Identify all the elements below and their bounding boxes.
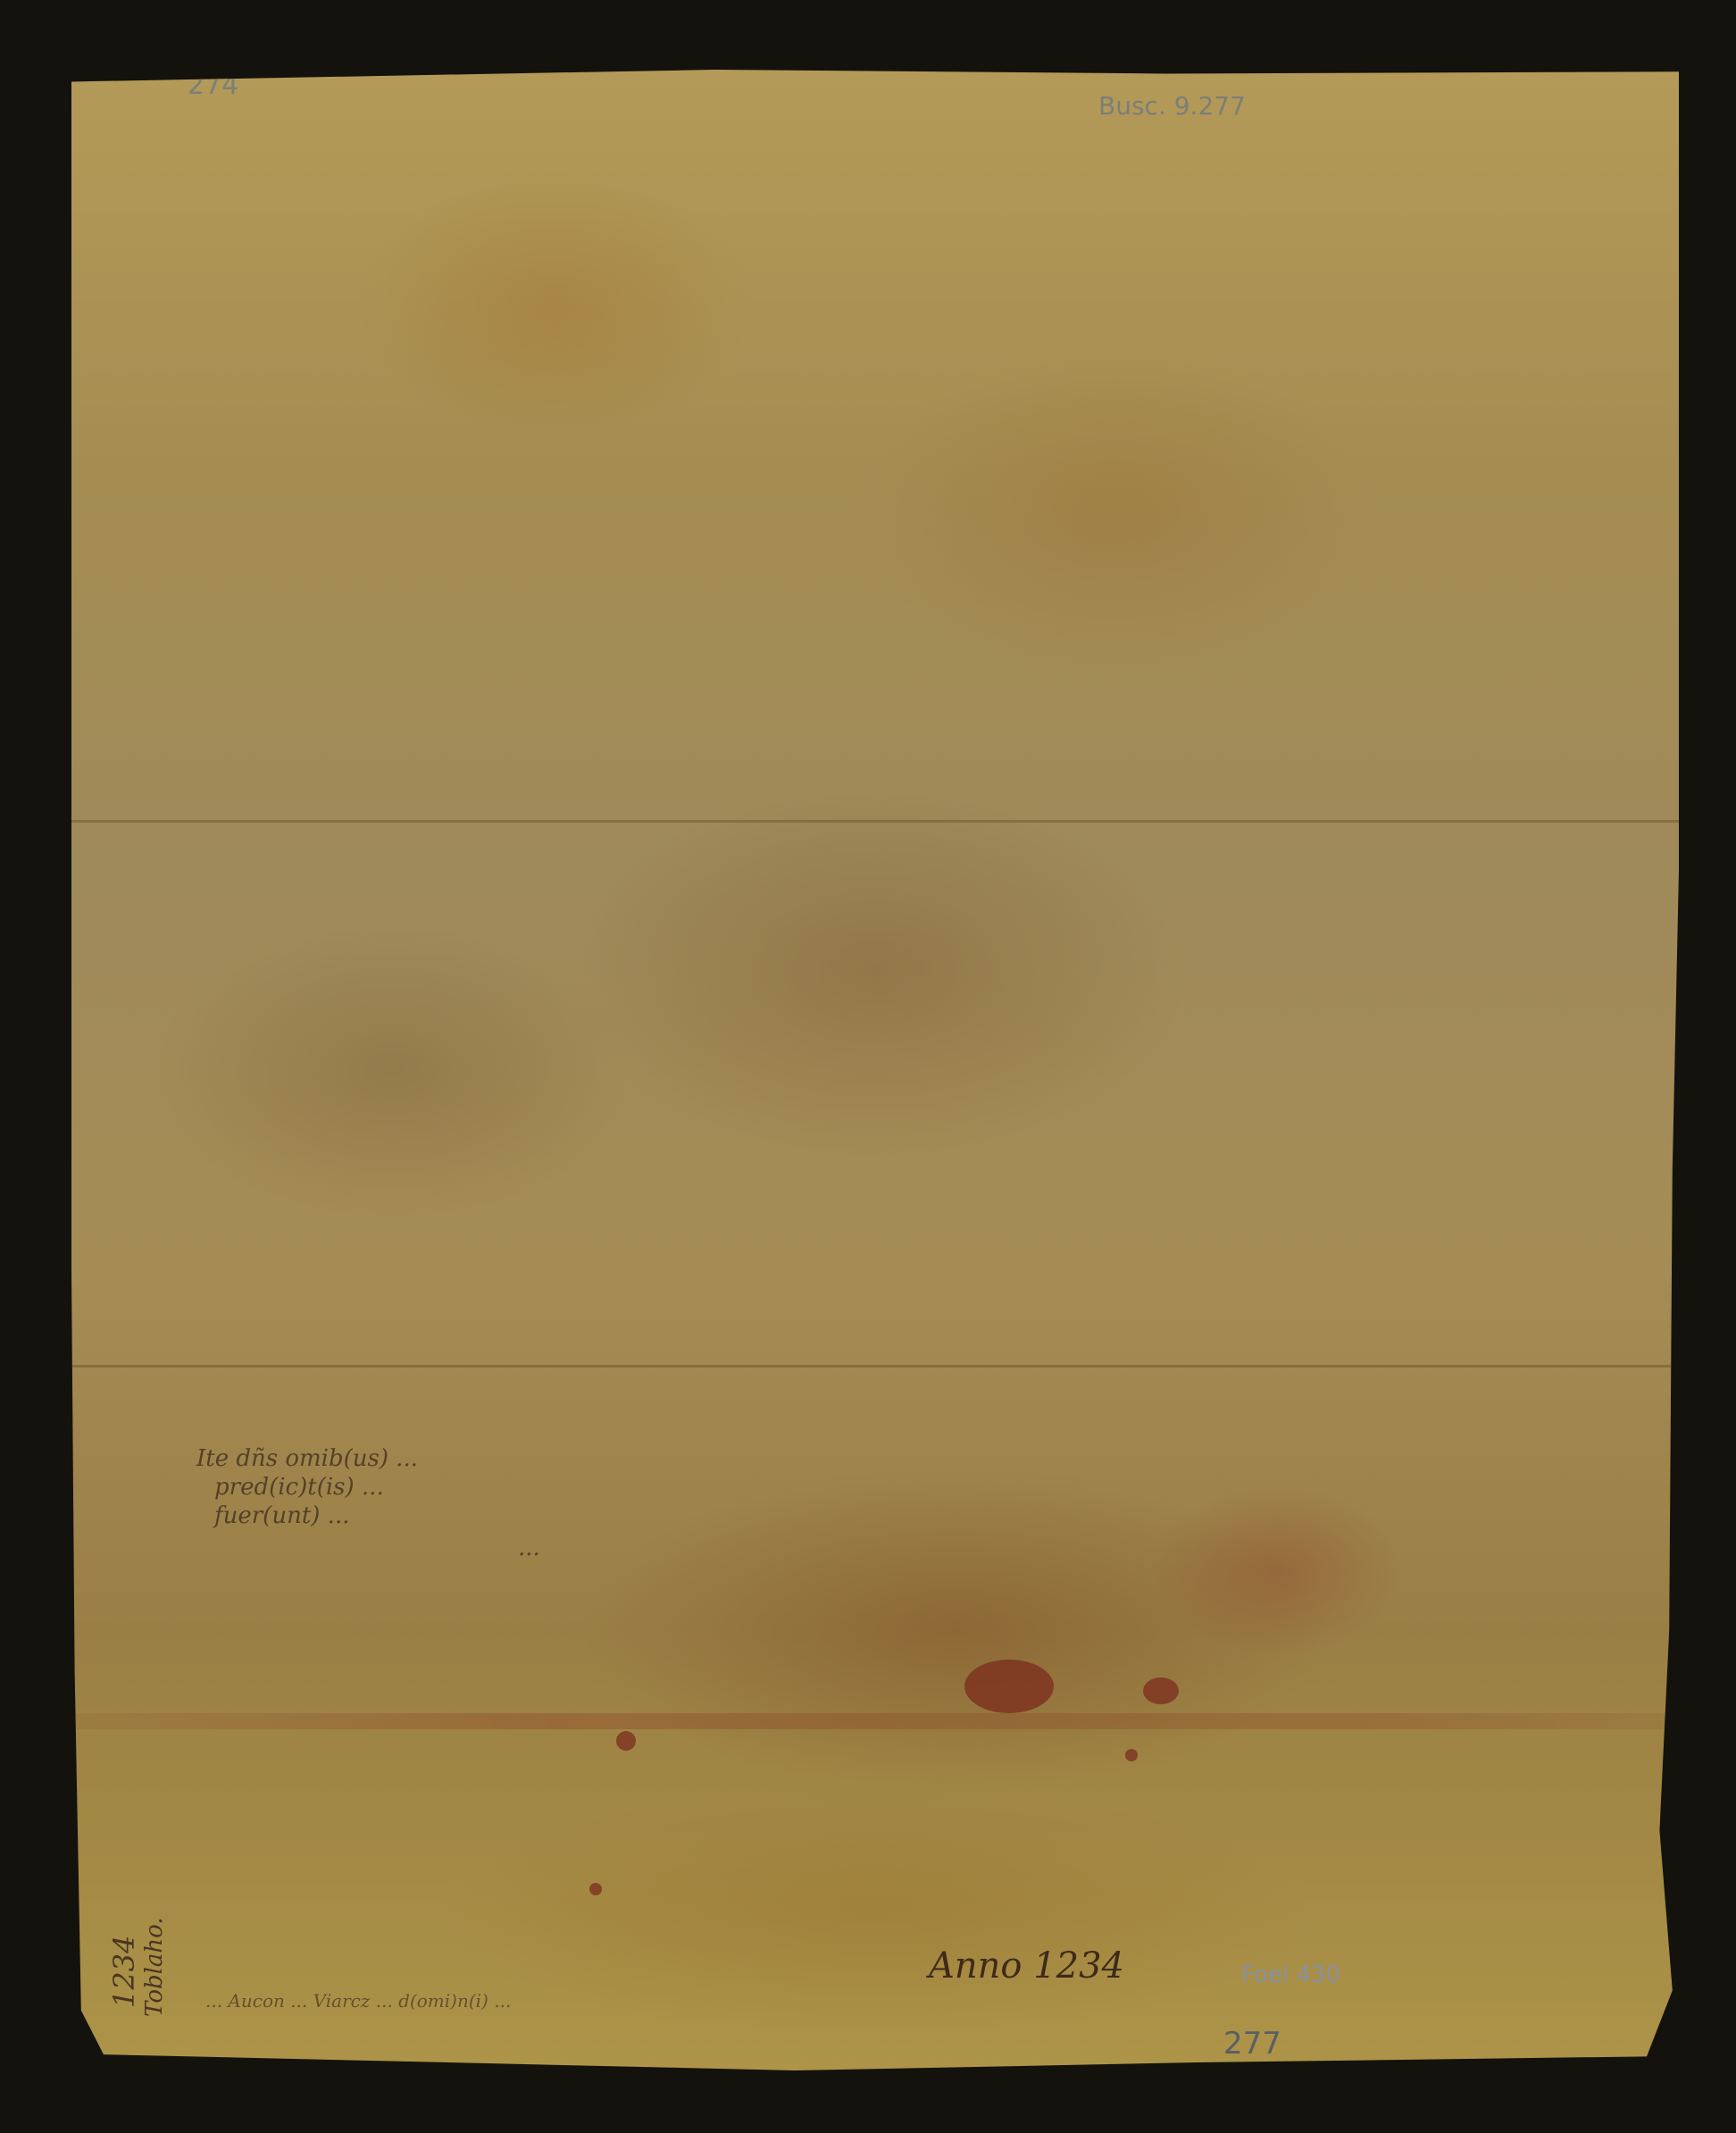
bottom-number: 277 <box>1223 2026 1281 2062</box>
red-stain <box>616 1731 636 1751</box>
top-left-number: 274 <box>188 70 238 101</box>
fold-line <box>71 820 1679 823</box>
anno-year: Anno 1234 <box>929 1945 1124 1987</box>
vertical-place-note: Toblaho. <box>141 1917 168 2017</box>
bottom-line-note: ... Aucon ... Viarcz ... d(omi)n(i) ... <box>205 1990 511 2012</box>
dorsal-note-line-1: Ite dñs omib(us) ... <box>196 1445 418 1472</box>
parchment-sheet: 274 Busc. 9.277 Ite dñs omib(us) ... pre… <box>71 70 1679 2070</box>
stain-band <box>71 1713 1679 1729</box>
dorsal-note-line-3: fuer(unt) ... <box>214 1502 349 1529</box>
red-stain <box>1125 1749 1138 1761</box>
pencil-reference: Foel 430 <box>1241 1962 1340 1988</box>
dorsal-note-signature: ... <box>518 1535 540 1561</box>
red-stain <box>1143 1677 1179 1704</box>
fold-line <box>71 1365 1679 1368</box>
vertical-year: 1234 <box>107 1936 141 2008</box>
shelfmark: Busc. 9.277 <box>1098 91 1246 121</box>
wax-stain <box>964 1660 1054 1713</box>
red-stain <box>589 1883 602 1895</box>
dorsal-note-line-2: pred(ic)t(is) ... <box>214 1474 384 1501</box>
